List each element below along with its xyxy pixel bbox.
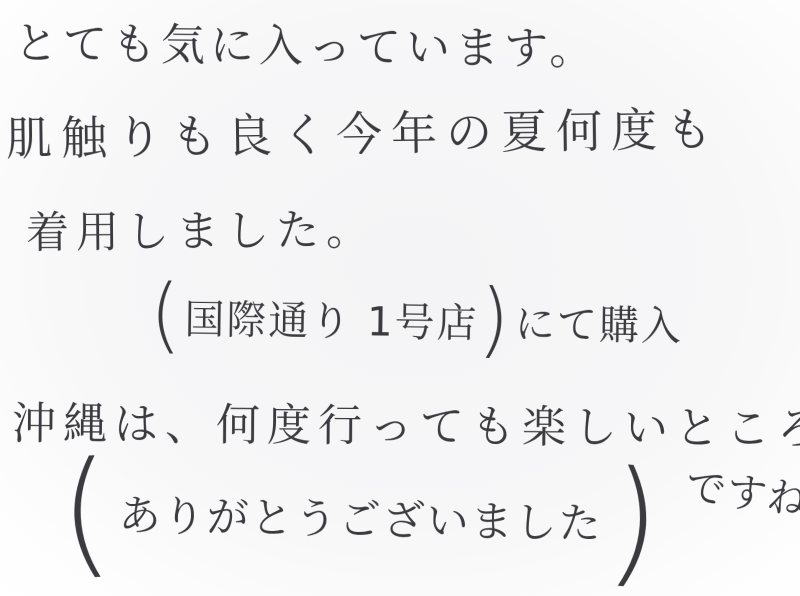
handwritten-line-5: 沖縄は、何度行っても楽しいところ	[12, 387, 800, 457]
store-name-text: 国際通り 1号店	[184, 287, 479, 348]
close-parenthesis: )	[477, 278, 513, 361]
handwritten-line-4: ( 国際通り 1号店 ) にて購入	[149, 276, 683, 361]
handwritten-line-3: 着用しました。	[26, 196, 377, 260]
purchase-note-text: にて購入	[515, 292, 684, 351]
handwritten-note-paper: とても気に入っています。 肌触りも良く今年の夏何度も 着用しました。 ( 国際通…	[0, 0, 800, 596]
thanks-text: ありがとうございました	[118, 483, 603, 551]
handwritten-line-2: 肌触りも良く今年の夏何度も	[6, 93, 722, 169]
handwritten-line-7: ですね	[683, 455, 800, 527]
close-parenthesis: )	[603, 451, 667, 592]
handwritten-line-6: ( ありがとうございました )	[59, 447, 663, 587]
open-parenthesis: (	[57, 443, 116, 582]
handwritten-line-1: とても気に入っています。	[14, 7, 599, 77]
open-parenthesis: (	[149, 274, 183, 357]
